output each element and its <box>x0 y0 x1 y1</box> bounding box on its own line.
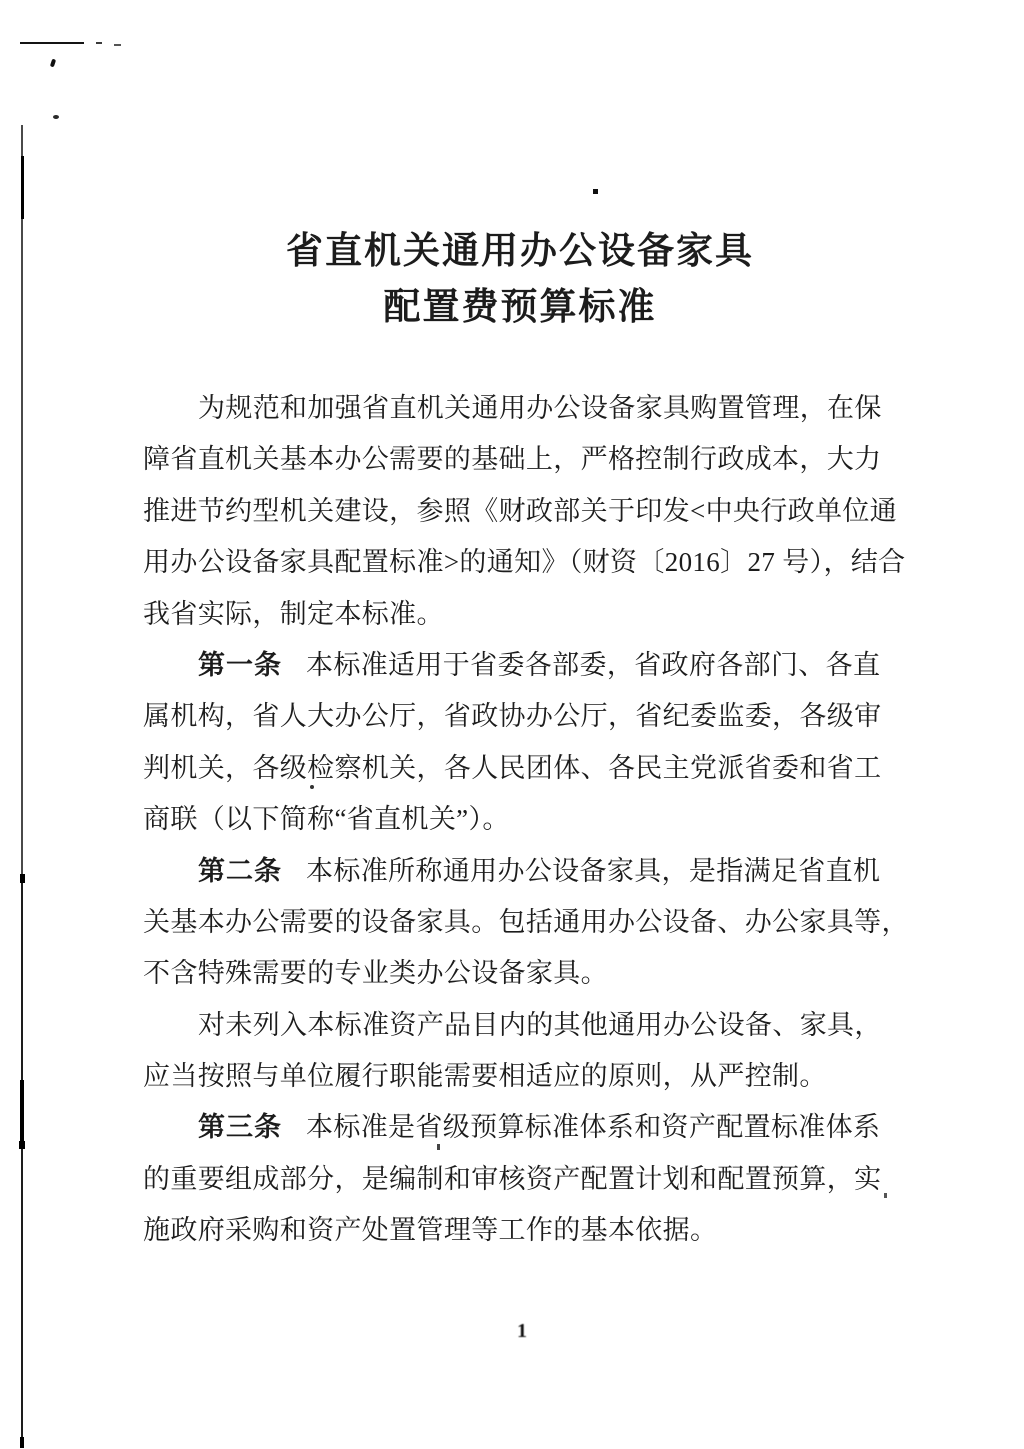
article-number: 第一条 <box>198 650 282 680</box>
scan-artifact-speck <box>53 115 59 119</box>
scan-artifact-topleft-dot <box>96 42 102 44</box>
scan-artifact-topleft-dash <box>114 44 121 46</box>
document-line: 第二条本标准所称通用办公设备家具，是指满足省直机 <box>143 846 885 897</box>
document-title: 省直机关通用办公设备家具 配置费预算标准 <box>8 224 1024 336</box>
document-line: 关基本办公需要的设备家具。包括通用办公设备、办公家具等， <box>143 897 885 948</box>
scan-artifact-left-edge-end <box>20 1437 24 1448</box>
scan-artifact-left-edge-notch <box>19 1141 25 1149</box>
document-line: 推进节约型机关建设，参照《财政部关于印发<中央行政单位通 <box>143 486 885 537</box>
article-number: 第二条 <box>198 856 282 886</box>
document-line: 为规范和加强省直机关通用办公设备家具购置管理，在保 <box>143 383 885 434</box>
scan-artifact-left-edge-segment <box>20 1080 24 1144</box>
document-line: 第一条本标准适用于省委各部委，省政府各部门、各直 <box>143 640 885 691</box>
document-line: 不含特殊需要的专业类办公设备家具。 <box>143 948 885 999</box>
document-line: 对未列入本标准资产品目内的其他通用办公设备、家具， <box>143 1000 885 1051</box>
document-line: 用办公设备家具配置标准>的通知》（财资〔2016〕27 号），结合 <box>143 537 885 588</box>
document-line: 商联（以下简称“省直机关”）。 <box>143 794 885 845</box>
scan-artifact-speck <box>50 59 56 68</box>
document-line: 的重要组成部分，是编制和审核资产配置计划和配置预算，实 <box>143 1154 885 1205</box>
document-line: 施政府采购和资产处置管理等工作的基本依据。 <box>143 1205 885 1256</box>
document-line: 第三条本标准是省级预算标准体系和资产配置标准体系 <box>143 1102 885 1153</box>
scanned-document-page: 省直机关通用办公设备家具 配置费预算标准 为规范和加强省直机关通用办公设备家具购… <box>0 0 1024 1449</box>
document-body: 为规范和加强省直机关通用办公设备家具购置管理，在保障省直机关基本办公需要的基础上… <box>143 383 885 1257</box>
document-line: 障省直机关基本办公需要的基础上，严格控制行政成本，大力 <box>143 434 885 485</box>
document-line: 判机关，各级检察机关，各人民团体、各民主党派省委和省工 <box>143 743 885 794</box>
document-line: 我省实际，制定本标准。 <box>143 589 885 640</box>
article-number: 第三条 <box>198 1112 282 1142</box>
document-line: 属机构，省人大办公厅，省政协办公厅，省纪委监委，各级审 <box>143 691 885 742</box>
document-title-line2: 配置费预算标准 <box>8 280 1024 336</box>
document-line: 应当按照与单位履行职能需要相适应的原则，从严控制。 <box>143 1051 885 1102</box>
document-title-line1: 省直机关通用办公设备家具 <box>8 224 1024 280</box>
scan-artifact-topleft-line <box>20 42 84 44</box>
scan-artifact-left-edge-segment <box>21 156 24 219</box>
scan-artifact-left-edge-line <box>21 878 23 1448</box>
scan-artifact-dot-above-title <box>593 189 598 194</box>
scan-artifact-left-edge-notch <box>20 874 25 883</box>
page-number: 1 <box>517 1320 527 1343</box>
